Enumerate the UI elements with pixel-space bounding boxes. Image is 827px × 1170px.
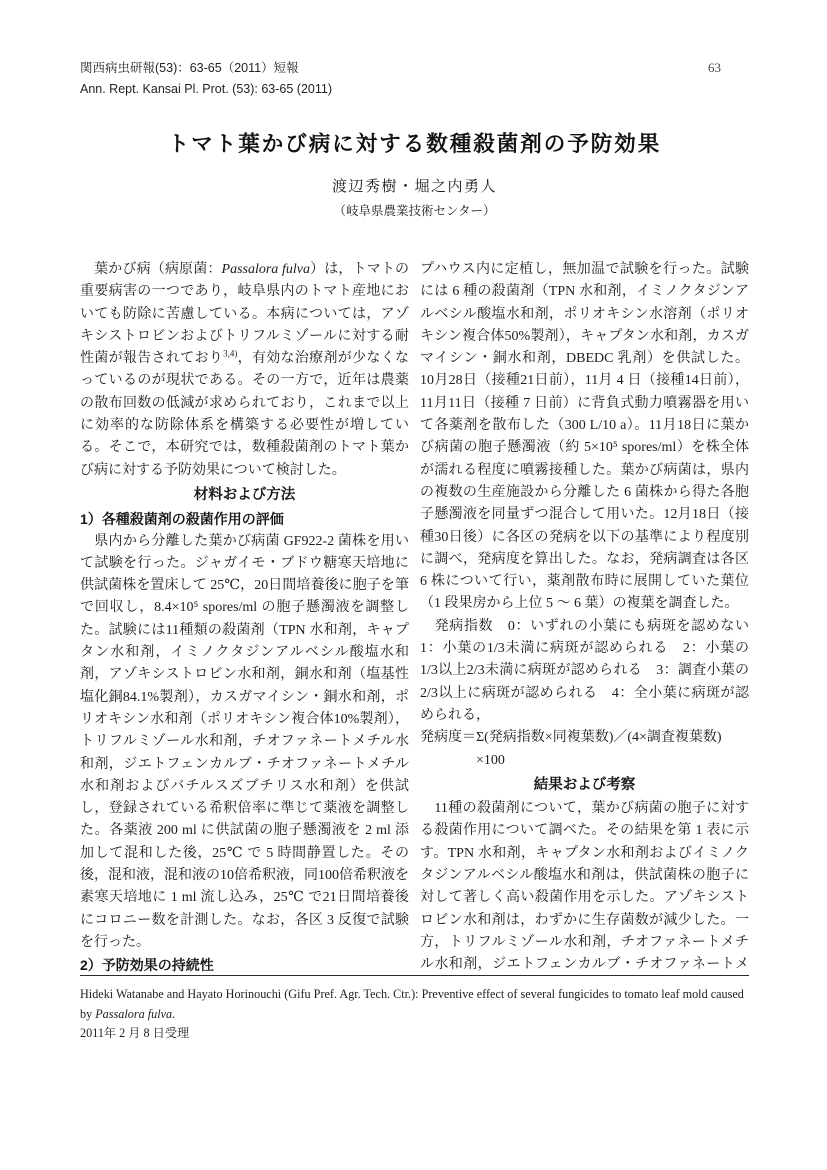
affiliation: （岐阜県農業技術センター） (80, 201, 749, 219)
footnote-block: Hideki Watanabe and Hayato Horinouchi (G… (80, 975, 749, 1044)
running-head: 関西病虫研報(53)：63-65（2011）短報 Ann. Rept. Kans… (80, 58, 749, 100)
left-column: 葉かび病（病原菌：Passalora fulva）は，トマトの重要病害の一つであ… (80, 259, 409, 975)
disease-severity-formula-continued: ×100 (420, 750, 749, 772)
subsection-2-heading: 2）予防効果の持続性 (80, 954, 409, 975)
paper-page: 関西病虫研報(53)：63-65（2011）短報 Ann. Rept. Kans… (0, 0, 827, 1170)
section-heading-results: 結果および考察 (420, 774, 749, 796)
footnote-citation-period: . (172, 1007, 175, 1021)
right-column: プハウス内に定植し，無加温で試験を行った。試験には 6 種の殺菌剤（TPN 水和… (420, 259, 749, 975)
journal-citation-en: Ann. Rept. Kansai Pl. Prot. (53): 63-65 … (80, 79, 332, 100)
intro-text-pre: 葉かび病（病原菌： (80, 262, 222, 277)
footnote-citation-text: Hideki Watanabe and Hayato Horinouchi (G… (80, 987, 744, 1021)
disease-severity-formula: 発病度＝Σ(発病指数×同複葉数)／(4×調査複葉数) (420, 727, 749, 749)
authors: 渡辺秀樹・堀之内勇人 (80, 175, 749, 196)
body-columns: 葉かび病（病原菌：Passalora fulva）は，トマトの重要病害の一つであ… (80, 259, 749, 975)
journal-citation: 関西病虫研報(53)：63-65（2011）短報 Ann. Rept. Kans… (80, 58, 332, 100)
methods-sub1-paragraph: 県内から分離した葉かび病菌 GF922-2 菌株を用いて試験を行った。ジャガイモ… (80, 531, 409, 955)
intro-text-post: ，有効な治療剤が少なくなっているのが現状である。その一方で，近年は農薬の散布回数… (80, 351, 409, 477)
journal-citation-jp: 関西病虫研報(53)：63-65（2011）短報 (80, 58, 332, 79)
page-number: 63 (708, 58, 749, 76)
subsection-1-heading: 1）各種殺菌剤の殺菌作用の評価 (80, 508, 409, 530)
pathogen-name: Passalora fulva (222, 262, 310, 277)
reference-superscript: 3,4) (223, 349, 237, 359)
intro-paragraph: 葉かび病（病原菌：Passalora fulva）は，トマトの重要病害の一つであ… (80, 259, 409, 482)
section-heading-methods: 材料および方法 (80, 484, 409, 506)
footnote-citation: Hideki Watanabe and Hayato Horinouchi (G… (80, 985, 749, 1024)
footnote-species-name: Passalora fulva (95, 1007, 172, 1021)
methods-sub2-paragraph-right: プハウス内に定植し，無加温で試験を行った。試験には 6 種の殺菌剤（TPN 水和… (420, 259, 749, 616)
title-block: トマト葉かび病に対する数種殺菌剤の予防効果 渡辺秀樹・堀之内勇人 （岐阜県農業技… (80, 127, 749, 219)
results-paragraph: 11種の殺菌剤について，葉かび病菌の胞子に対する殺菌作用について調べた。その結果… (420, 798, 749, 975)
paper-title: トマト葉かび病に対する数種殺菌剤の予防効果 (80, 127, 749, 158)
disease-index-paragraph: 発病指数 0：いずれの小葉にも病斑を認めない 1：小葉の1/3未満に病斑が認めら… (420, 616, 749, 727)
footnote-received-date: 2011年 2 月 8 日受理 (80, 1024, 749, 1044)
